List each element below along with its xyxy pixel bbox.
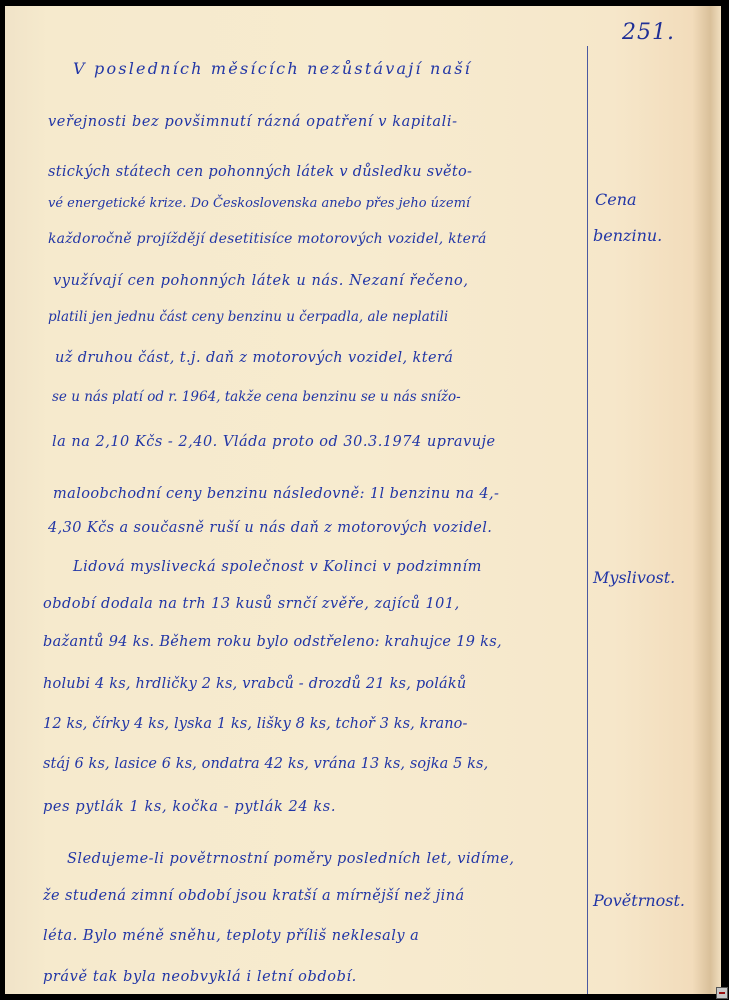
body-line: holubi 4 ks, hrdličky 2 ks, vrabců - dro… xyxy=(43,676,466,692)
margin-note-weather: Povětrnost. xyxy=(593,891,685,910)
page-number: 251. xyxy=(622,20,675,45)
minimize-icon[interactable] xyxy=(716,987,728,999)
body-line: využívají cen pohonných látek u nás. Nez… xyxy=(53,273,469,289)
body-line: stických státech cen pohonných látek v d… xyxy=(48,164,472,180)
body-line: každoročně projíždějí desetitisíce motor… xyxy=(48,231,487,247)
body-line: 4,30 Kčs a současně ruší u nás daň z mot… xyxy=(48,520,492,536)
body-line: období dodala na trh 13 kusů srnčí zvěře… xyxy=(43,596,460,612)
body-line: 12 ks, čírky 4 ks, lyska 1 ks, lišky 8 k… xyxy=(43,716,468,732)
body-line: stáj 6 ks, lasice 6 ks, ondatra 42 ks, v… xyxy=(43,756,488,772)
body-line: maloobchodní ceny benzinu následovně: 1l… xyxy=(53,486,499,502)
body-line: právě tak byla neobvyklá i letní období. xyxy=(43,969,357,985)
margin-note-fuel-price: Cena xyxy=(595,190,637,209)
margin-divider-line xyxy=(587,46,588,994)
body-line: vé energetické krize. Do Československa … xyxy=(48,196,470,211)
body-line: la na 2,10 Kčs - 2,40. Vláda proto od 30… xyxy=(52,434,496,450)
body-line: se u nás platí od r. 1964, takže cena be… xyxy=(52,389,461,405)
body-line: že studená zimní období jsou kratší a mí… xyxy=(43,888,465,904)
body-line: pes pytlák 1 ks, kočka - pytlák 24 ks. xyxy=(43,799,336,815)
margin-note-fuel-benzine: benzinu. xyxy=(593,226,662,245)
body-line: veřejnosti bez povšimnutí rázná opatření… xyxy=(48,114,458,130)
body-line: V posledních měsících nezůstávají naší xyxy=(73,59,472,78)
body-line: platili jen jednu část ceny benzinu u če… xyxy=(48,309,448,325)
body-line: bažantů 94 ks. Během roku bylo odstřelen… xyxy=(43,634,502,650)
body-line: Lidová myslivecká společnost v Kolinci v… xyxy=(73,559,482,575)
body-line: léta. Bylo méně sněhu, teploty příliš ne… xyxy=(43,928,419,944)
margin-note-hunting: Myslivost. xyxy=(593,568,675,587)
body-line: Sledujeme-li povětrnostní poměry posledn… xyxy=(67,851,514,867)
body-line: už druhou část, t.j. daň z motorových vo… xyxy=(55,350,453,366)
handwritten-chronicle-page: 251. V posledních měsících nezůstávají n… xyxy=(5,6,721,994)
